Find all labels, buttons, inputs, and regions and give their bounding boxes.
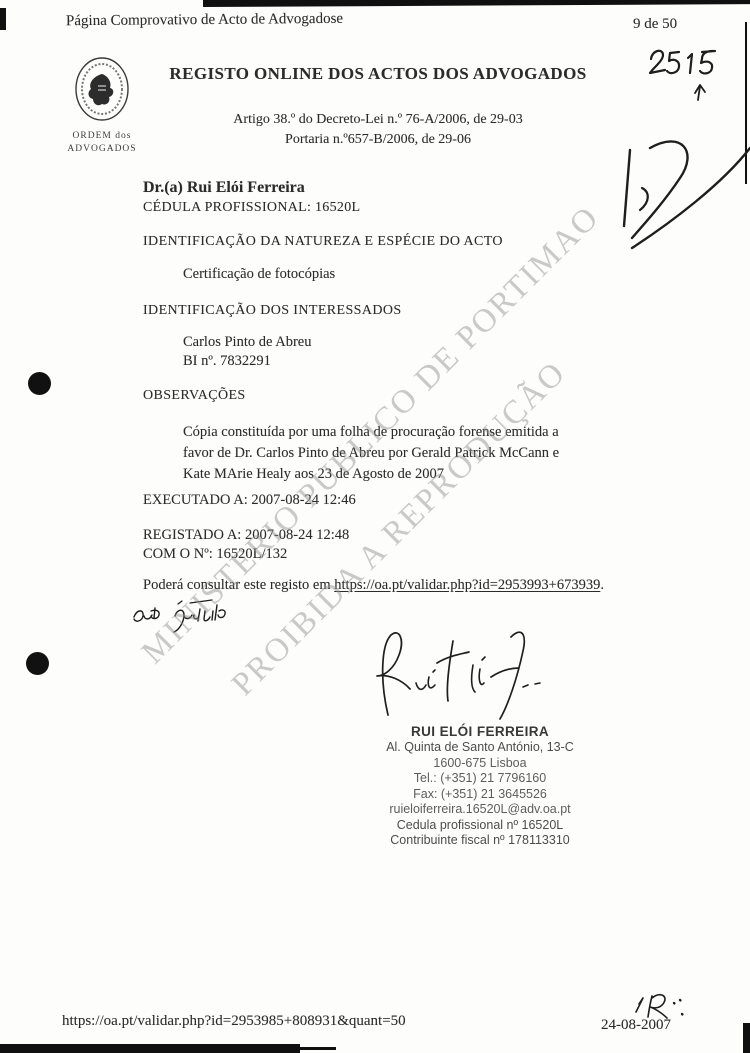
hole-punch-bottom bbox=[26, 652, 49, 675]
stamp-address-line1: Al. Quinta de Santo António, 13-C bbox=[340, 740, 620, 756]
observacoes-line-3: Kate MArie Healy aos 23 de Agosto de 200… bbox=[183, 466, 444, 482]
stamp-fax: Fax: (+351) 21 3645526 bbox=[340, 787, 620, 803]
footer-validation-url: https://oa.pt/validar.php?id=2953985+808… bbox=[62, 1013, 406, 1030]
interessado-name: Carlos Pinto de Abreu bbox=[183, 334, 311, 351]
stamp-cedula: Cedula profissional nº 16520L bbox=[340, 818, 620, 834]
scan-edge-bottom-right-mark bbox=[743, 1023, 750, 1053]
section-interessados-heading: IDENTIFICAÇÃO DOS INTERESSADOS bbox=[143, 303, 402, 319]
stamp-name: RUI ELÓI FERREIRA bbox=[340, 724, 620, 740]
handwritten-page-mark-15 bbox=[590, 130, 750, 270]
lawyer-cedula: CÉDULA PROFISSIONAL: 16520L bbox=[143, 200, 360, 216]
consult-prefix: Poderá consultar este registo em bbox=[143, 577, 334, 593]
observacoes-line-2: favor de Dr. Carlos Pinto de Abreu por G… bbox=[183, 445, 559, 461]
stamp-fiscal-number: Contribuinte fiscal nº 178113310 bbox=[340, 833, 620, 849]
logo-caption-line2: ADVOGADOS bbox=[60, 144, 144, 155]
lawyer-name: Dr.(a) Rui Elói Ferreira bbox=[143, 179, 305, 197]
natureza-value: Certificação de fotocópias bbox=[183, 266, 335, 283]
observacoes-line-1: Cópia constituída por uma folha de procu… bbox=[183, 424, 559, 440]
law-reference-2: Portaria n.º657-B/2006, de 29-06 bbox=[148, 132, 608, 148]
consult-suffix: . bbox=[600, 577, 604, 593]
scan-edge-bottom-bar bbox=[0, 1044, 300, 1053]
page-header-title: Página Comprovativo de Acto de Advogados… bbox=[66, 11, 343, 30]
document-title: REGISTO ONLINE DOS ACTOS DOS ADVOGADOS bbox=[148, 64, 608, 84]
scan-edge-top-left-mark bbox=[0, 8, 6, 30]
interessado-bi-number: BI nº. 7832291 bbox=[183, 353, 271, 370]
handwritten-signature bbox=[360, 625, 540, 723]
registo-number-line: COM O Nº: 16520L/132 bbox=[143, 546, 287, 563]
logo-caption-line1: ORDEM dos bbox=[60, 131, 144, 142]
scanned-document-page: Página Comprovativo de Acto de Advogados… bbox=[0, 0, 750, 1053]
page-number: 9 de 50 bbox=[633, 16, 677, 33]
stamp-address-line2: 1600-675 Lisboa bbox=[340, 756, 620, 772]
law-reference-1: Artigo 38.º do Decreto-Lei n.º 76-A/2006… bbox=[148, 112, 608, 128]
section-observacoes-heading: OBSERVAÇÕES bbox=[143, 388, 246, 404]
handwritten-number-2515 bbox=[645, 45, 729, 115]
scan-edge-top-bar bbox=[203, 0, 750, 7]
scan-edge-bottom-bar-tail bbox=[298, 1047, 336, 1050]
stamp-email: ruieloiferreira.16520L@adv.oa.pt bbox=[340, 802, 620, 818]
ordem-advogados-logo: ORDEM dos ADVOGADOS bbox=[60, 56, 144, 155]
ordem-advogados-seal-icon bbox=[60, 56, 144, 124]
observacoes-text: Cópia constituída por uma folha de procu… bbox=[183, 422, 583, 485]
executado-line: EXECUTADO A: 2007-08-24 12:46 bbox=[143, 492, 356, 509]
handwritten-date-initials bbox=[628, 990, 698, 1020]
hole-punch-top bbox=[28, 372, 51, 395]
section-natureza-heading: IDENTIFICAÇÃO DA NATUREZA E ESPÉCIE DO A… bbox=[143, 234, 503, 250]
lawyer-stamp-block: RUI ELÓI FERREIRA Al. Quinta de Santo An… bbox=[340, 724, 620, 849]
registado-line: REGISTADO A: 2007-08-24 12:48 bbox=[143, 527, 349, 544]
handwritten-note-acto-gratuito bbox=[130, 595, 245, 637]
consult-line: Poderá consultar este registo em https:/… bbox=[143, 577, 604, 594]
consult-validation-url: https://oa.pt/validar.php?id=2953993+673… bbox=[334, 577, 600, 593]
stamp-telephone: Tel.: (+351) 21 7796160 bbox=[340, 771, 620, 787]
